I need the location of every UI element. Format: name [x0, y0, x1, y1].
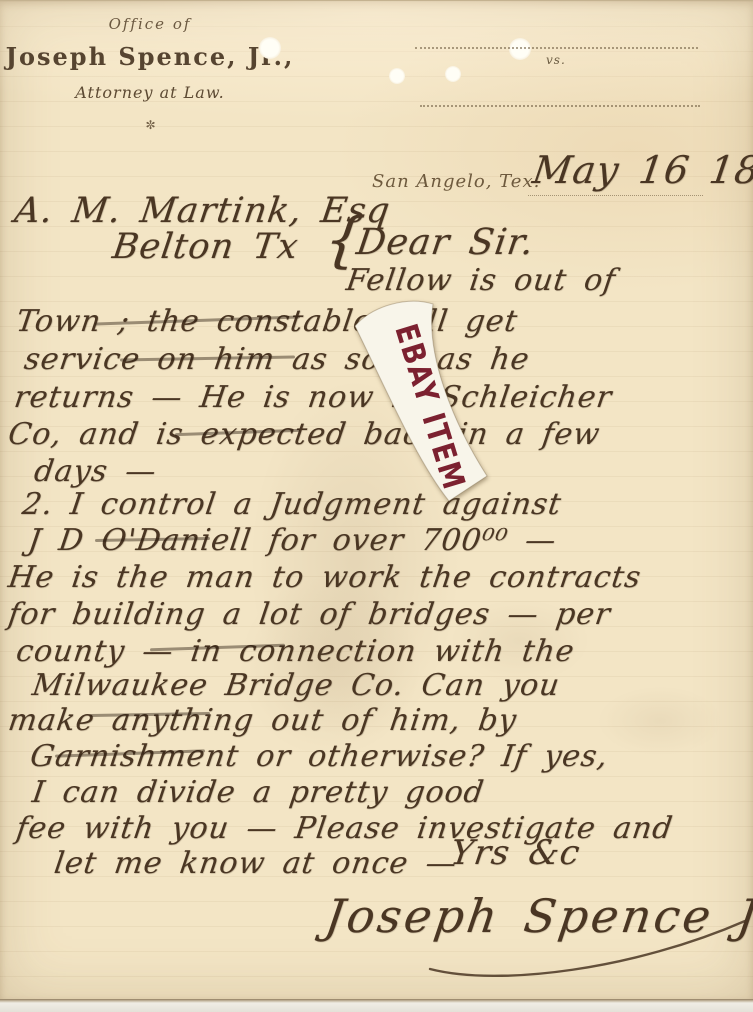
- ebay-item-strip: EBAY ITEM: [337, 296, 527, 511]
- handwritten-line: Garnishment or otherwise? If yes,: [28, 739, 610, 774]
- florette-ornament-icon: ✼: [0, 118, 300, 132]
- handwritten-line: days —: [32, 454, 159, 489]
- scanned-letter-page: Office of Joseph Spence, Jr., Attorney a…: [0, 0, 753, 1012]
- letter-paper: Office of Joseph Spence, Jr., Attorney a…: [0, 0, 753, 999]
- handwritten-line: for building a lot of bridges — per: [6, 597, 613, 632]
- punch-hole: [259, 37, 281, 59]
- vs-label: vs.: [546, 53, 566, 67]
- closing-line: Yrs &c: [448, 833, 583, 873]
- case-caption-line-bottom: [420, 105, 700, 107]
- handwritten-line: Fellow is out of: [344, 263, 618, 298]
- handwritten-line: He is the man to work the contracts: [6, 560, 644, 595]
- salutation: Dear Sir.: [354, 222, 537, 263]
- handwritten-line: Milwaukee Bridge Co. Can you: [30, 668, 562, 703]
- office-of-label: Office of: [0, 15, 300, 33]
- dateline-place: San Angelo, Tex.: [372, 171, 540, 192]
- scan-background-strip: [0, 999, 753, 1012]
- attorney-title: Attorney at Law.: [0, 83, 300, 102]
- punch-hole: [389, 68, 405, 84]
- punch-hole: [509, 38, 531, 60]
- handwritten-line: I can divide a pretty good: [30, 775, 487, 810]
- signature-flourish: [420, 891, 753, 991]
- handwritten-line: J D O'Daniell for over 700⁰⁰ —: [26, 523, 559, 558]
- dateline-underline: [528, 195, 703, 196]
- handwritten-line: let me know at once —: [52, 846, 459, 881]
- attorney-name: Joseph Spence, Jr.,: [0, 42, 300, 71]
- handwritten-line: make anything out of him, by: [6, 703, 519, 738]
- punch-hole: [445, 66, 461, 82]
- handwritten-date: May 16 1890: [530, 148, 753, 192]
- recipient-place-line: Belton Tx: [110, 227, 301, 267]
- case-caption-line-top: [415, 47, 698, 49]
- handwritten-line: county — in connection with the: [14, 634, 577, 669]
- letterhead: Office of Joseph Spence, Jr., Attorney a…: [0, 15, 300, 132]
